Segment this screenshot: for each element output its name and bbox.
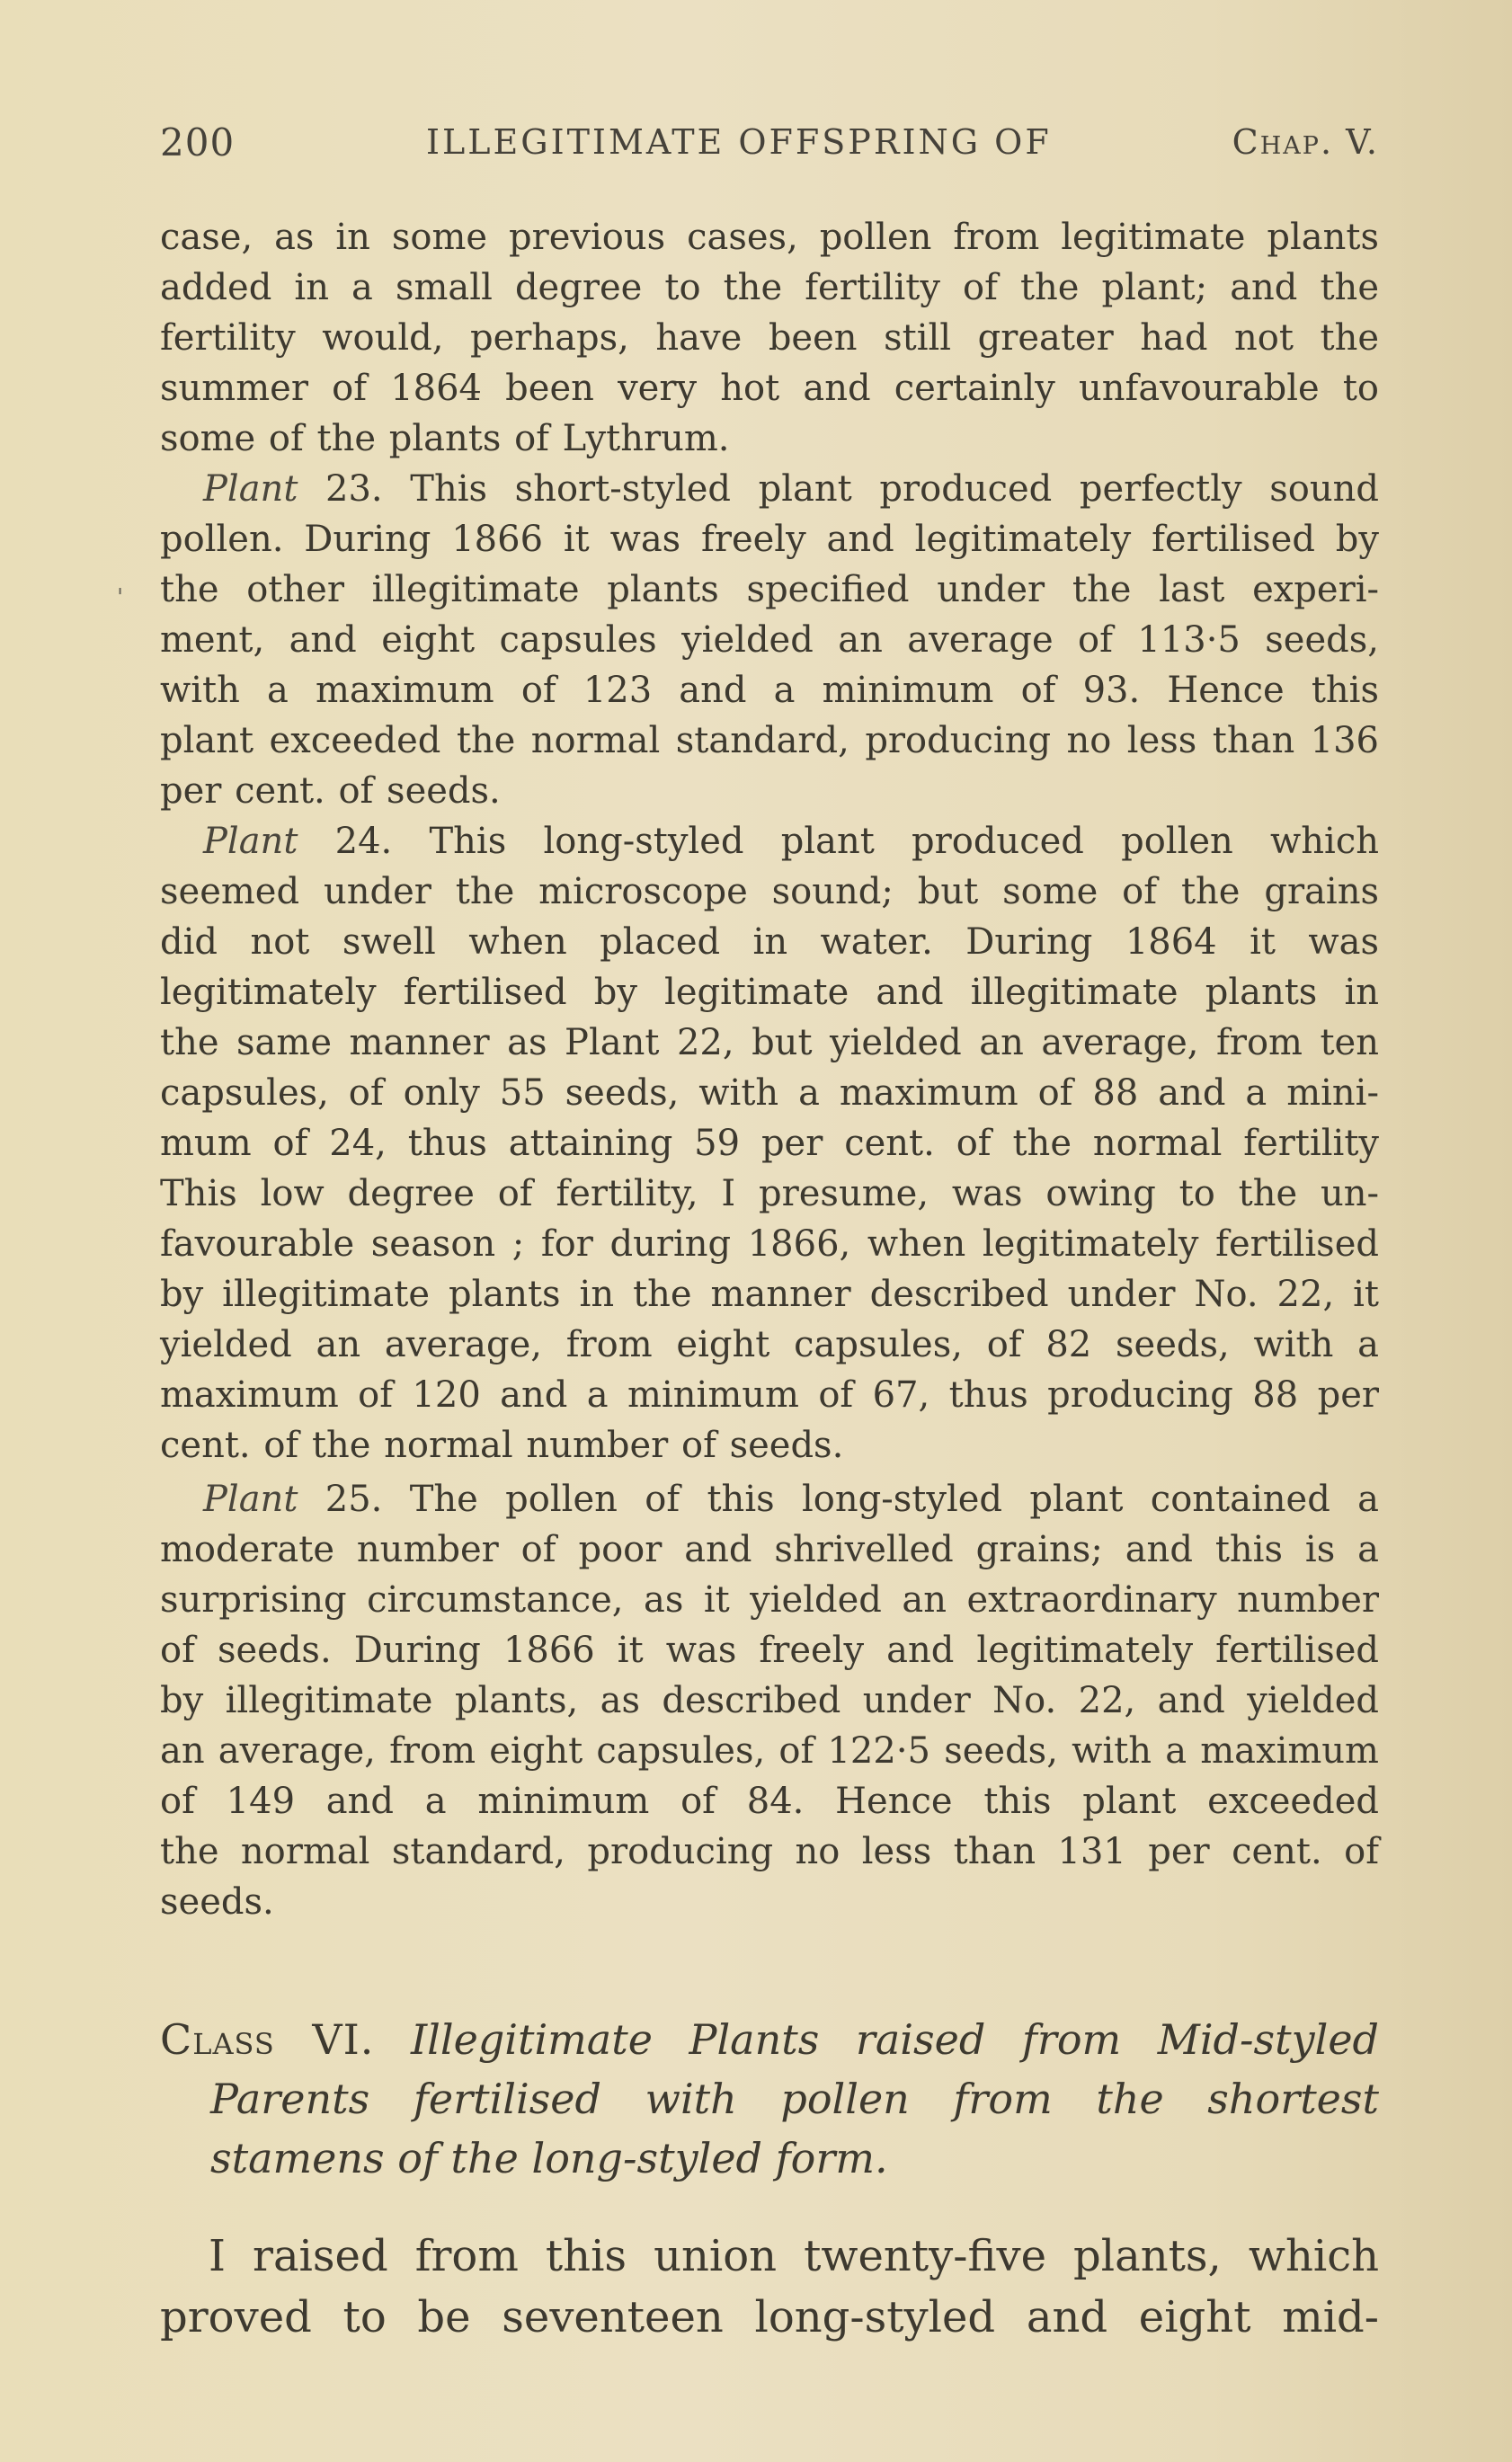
- text-line: moderate number of poor and shrivelled g…: [160, 1524, 1379, 1575]
- text-line: Plant 25. The pollen of this long-styled…: [160, 1474, 1379, 1524]
- text-line: seemed under the microscope sound; but s…: [160, 867, 1379, 917]
- text-line: case, as in some previous cases, pollen …: [160, 212, 1379, 262]
- text-line: an average, from eight capsules, of 122·…: [160, 1726, 1379, 1776]
- heading-line: Class VI. Illegitimate Plants raised fro…: [160, 2010, 1379, 2069]
- text-line-content: 25. The pollen of this long-styled plant…: [325, 1479, 1379, 1520]
- text-line: legitimately fertilised by legitimate an…: [160, 967, 1379, 1018]
- text-line: ment, and eight capsules yielded an aver…: [160, 615, 1379, 665]
- plant-label: Plant: [203, 821, 298, 862]
- plant-label: Plant: [203, 1479, 298, 1520]
- heading-line: stamens of the long-styled form.: [160, 2129, 1379, 2188]
- text-line: seeds.: [160, 1877, 1379, 1927]
- text-line: plant exceeded the normal standard, prod…: [160, 715, 1379, 766]
- text-line: capsules, of only 55 seeds, with a maxim…: [160, 1068, 1379, 1118]
- text-line: surprising circumstance, as it yielded a…: [160, 1575, 1379, 1625]
- text-line: the normal standard, producing no less t…: [160, 1827, 1379, 1877]
- text-line: by illegitimate plants, as described und…: [160, 1675, 1379, 1726]
- class-label: Class VI.: [160, 2015, 374, 2064]
- text-line: by illegitimate plants in the manner des…: [160, 1269, 1379, 1320]
- text-line: pollen. During 1866 it was freely and le…: [160, 514, 1379, 564]
- text-line: with a maximum of 123 and a minimum of 9…: [160, 665, 1379, 715]
- text-line: This low degree of fertility, I presume,…: [160, 1169, 1379, 1219]
- running-head: 200 ILLEGITIMATE OFFSPRING OF Chap. V.: [160, 120, 1379, 174]
- continuation-paragraph: case, as in some previous cases, pollen …: [160, 212, 1379, 464]
- heading-line: Parents fertilised with pollen from the …: [160, 2069, 1379, 2129]
- plant-23-paragraph: Plant 23. This short-styled plant produc…: [160, 464, 1379, 816]
- text-line: maximum of 120 and a minimum of 67, thus…: [160, 1370, 1379, 1420]
- text-line: of 149 and a minimum of 84. Hence this p…: [160, 1776, 1379, 1827]
- text-line: the other illegitimate plants specified …: [160, 564, 1379, 615]
- text-line: per cent. of seeds.: [160, 766, 1379, 816]
- text-line: yielded an average, from eight capsules,…: [160, 1320, 1379, 1370]
- text-line: favourable season ; for during 1866, whe…: [160, 1219, 1379, 1269]
- text-line-content: 23. This short-styled plant produced per…: [325, 468, 1379, 510]
- text-line: fertility would, perhaps, have been stil…: [160, 313, 1379, 363]
- plant-label: Plant: [203, 468, 298, 510]
- stray-print-mark: ': [117, 584, 123, 611]
- text-line: of seeds. During 1866 it was freely and …: [160, 1625, 1379, 1675]
- text-line: the same manner as Plant 22, but yielded…: [160, 1018, 1379, 1068]
- text-line: proved to be seventeen long-styled and e…: [160, 2287, 1379, 2348]
- chapter-label: Chap. V.: [1232, 122, 1379, 162]
- plant-25-paragraph: Plant 25. The pollen of this long-styled…: [160, 1474, 1379, 1927]
- intro-paragraph: I raised from this union twenty-five pla…: [160, 2226, 1379, 2348]
- text-line: added in a small degree to the fertility…: [160, 262, 1379, 313]
- class-title: Illegitimate Plants raised from Mid-styl…: [411, 2015, 1379, 2064]
- running-title: ILLEGITIMATE OFFSPRING OF: [426, 122, 1052, 162]
- plant-24-paragraph: Plant 24. This long-styled plant produce…: [160, 816, 1379, 1471]
- text-line: mum of 24, thus attaining 59 per cent. o…: [160, 1118, 1379, 1169]
- page-number: 200: [160, 120, 235, 164]
- text-line: Plant 24. This long-styled plant produce…: [160, 816, 1379, 867]
- text-line: summer of 1864 been very hot and certain…: [160, 363, 1379, 413]
- text-line-content: 24. This long-styled plant produced poll…: [335, 821, 1379, 862]
- class-heading: Class VI. Illegitimate Plants raised fro…: [160, 2010, 1379, 2188]
- text-line: cent. of the normal number of seeds.: [160, 1420, 1379, 1471]
- text-line: I raised from this union twenty-five pla…: [160, 2226, 1379, 2287]
- text-line: Plant 23. This short-styled plant produc…: [160, 464, 1379, 514]
- text-line: did not swell when placed in water. Duri…: [160, 917, 1379, 967]
- text-line: some of the plants of Lythrum.: [160, 413, 1379, 464]
